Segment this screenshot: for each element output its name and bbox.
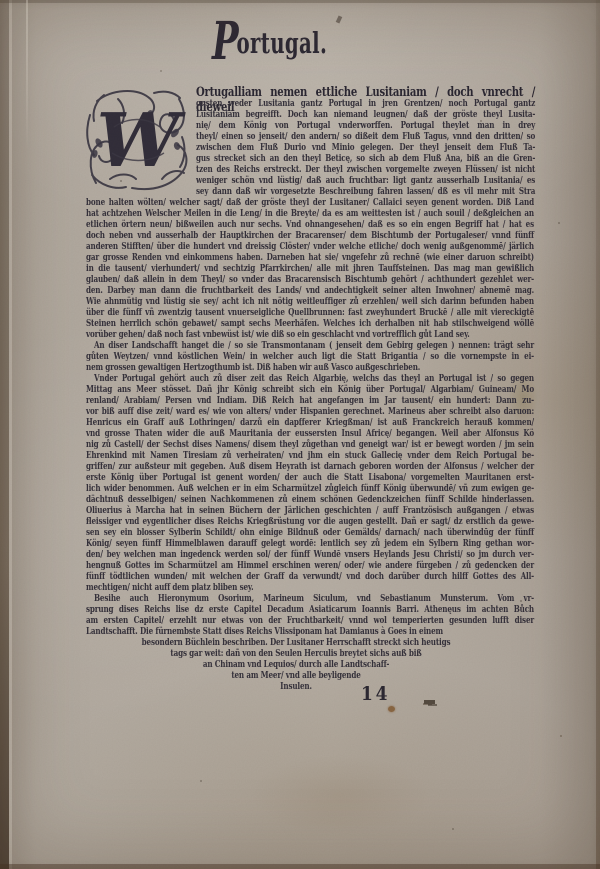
text-line: den/ bey welchen man ingedenck werden so… <box>86 550 534 561</box>
text-line: König/ seyen fünff Himmelblawen darauff … <box>86 539 534 550</box>
text-line: erste König über Portugal ist genent wor… <box>86 473 534 484</box>
text-line: vorüber gehen/ daß noch fast vnbewüst is… <box>86 330 534 341</box>
text-line: an Chinam vnd Lequios/ durch alle Landts… <box>72 660 520 671</box>
text-line: zwischen dem Fluß Durio vnd Minio gelege… <box>196 143 535 154</box>
paper-stain <box>388 706 395 712</box>
text-line: Besihe auch Hieronymum Osorium, Marineum… <box>86 594 534 605</box>
dropcap-letter: W <box>96 98 186 184</box>
text-line: glauben/ daß allein in dem Theyl/ so vnd… <box>86 275 534 286</box>
text-line: anderen Stifften/ über die hundert vnd d… <box>86 242 534 253</box>
text-line: Oliuerius à Marcha hat in seinen Büchern… <box>86 506 534 517</box>
text-line: dächtnuß desselbigen/ seinen Nachkommene… <box>86 495 534 506</box>
text-line: Vnder Portugal gehört auch zů diser zeit… <box>86 374 534 385</box>
text-line: am ersten Capitel/ erzehlt nur etwas von… <box>86 616 534 627</box>
text-line: über die fünff vñ zwentzig tausent vnuer… <box>86 308 534 319</box>
text-line: vor biß auff dise zeit/ ward es/ wie von… <box>86 407 534 418</box>
page-edge-highlight <box>9 0 12 869</box>
text-line: Ehrenkind mit Namen Tiresiam zů verheira… <box>86 451 534 462</box>
text-line: An diser Landschafft hanget die / so sie… <box>86 341 534 352</box>
dropcap-woodcut-icon: W <box>84 87 191 191</box>
text-line: Landtschafft. Die fürnembste Statt dises… <box>86 627 534 638</box>
text-line: Henricus ein Graff auß Lothringen/ darzů… <box>86 418 534 429</box>
paper-crease <box>26 0 28 150</box>
text-line: weniger schön vnd lüstig/ daß auch fruch… <box>196 176 535 187</box>
text-line: mechtigen/ nicht auff dem platz bliben s… <box>86 583 534 594</box>
text-line: Ortugalliam nemen ettliche Lusitaniam / … <box>196 84 535 99</box>
text-line: lich wider benommen. Auß welchen er in e… <box>86 484 534 495</box>
text-line: ten am Meer/ vnd alle beyligende <box>72 671 520 682</box>
text-line: hat achtzehen Welscher Meilen in die Len… <box>86 209 534 220</box>
text-line: Lusitaniam begreifft. Doch kan niemand l… <box>196 110 535 121</box>
page-edge-right <box>596 0 600 869</box>
text-line: Mittag ans Meer stösset. Dañ jhr König s… <box>86 385 534 396</box>
text-line: in die tausent/ vierhundert/ vnd sechtzi… <box>86 264 534 275</box>
page-edge-top <box>0 0 600 3</box>
book-page: Portugal. <box>0 0 600 869</box>
paper-stain <box>424 700 435 704</box>
paper-stain <box>336 15 343 23</box>
text-line: renland/ Arabiam/ Persen vnd Indiam. Diß… <box>86 396 534 407</box>
text-block: W Ortugalliam nemen ettliche Lusitaniam … <box>86 84 534 693</box>
text-line: den. Darbey man dann die fruchtbarkeit d… <box>86 286 534 297</box>
text-line: doch neben vnd ausserhalb der Hauptkirch… <box>86 231 534 242</box>
text-line: etlichen örtern neun/ bißweilen auch nur… <box>86 220 534 231</box>
text-line: nem grossen gewaltigen Hertzogthumb ist.… <box>86 363 534 374</box>
text-line: Wie ahnmütig vnd lüstig sie sey/ acht ic… <box>86 297 534 308</box>
text-line: theyl/ einen so jenseit/ den andern/ so … <box>196 132 535 143</box>
text-line: fünff tödtlichen wunden/ mit welchen der… <box>86 572 534 583</box>
text-line: Steinen herrlich schön gebawet/ sampt se… <box>86 319 534 330</box>
page-edge-left <box>0 0 9 869</box>
text-line: tzen des Reichs erstreckt. Der theyl zwi… <box>196 165 535 176</box>
text-line: griffen/ zur außsteur mit gegeben. Auß d… <box>86 462 534 473</box>
title-initial: P <box>212 11 237 72</box>
text-line: Insulen. <box>72 682 520 693</box>
text-line: vnd grosse Thaten wider die auß Mauritan… <box>86 429 534 440</box>
text-line: tags gar weit: dañ von den Seulen Hercul… <box>72 649 520 660</box>
text-line: sey dann daß wir vorgesetzte Beschreibun… <box>196 187 535 198</box>
text-line: bone halten wölten/ welcher sagt/ daß de… <box>86 198 534 209</box>
text-line: sen sey ein blosser Sylberin Schildt/ oh… <box>86 528 534 539</box>
text-line: onsten weder Lusitania gantz Portugal in… <box>196 99 535 110</box>
text-line: gůten Weytzen/ vnnd köstlichen Wein/ in … <box>86 352 534 363</box>
text-line: nig zů Castell/ der Sechst dises Namens/… <box>86 440 534 451</box>
title-text: ortugal. <box>237 26 328 60</box>
text-line: besondern Büchlein beschriben. Der Lusit… <box>72 638 520 649</box>
dropcap-initial: W <box>84 87 191 191</box>
text-line: sprung dises Reichs lise dz erste Capite… <box>86 605 534 616</box>
text-line: gus strecket sich an den theyl Beticę, s… <box>196 154 535 165</box>
page-title: Portugal. <box>212 16 327 68</box>
text-line: nię/ dem König von Portugal vnderworffen… <box>196 121 535 132</box>
paper-stain <box>250 755 430 835</box>
page-edge-bottom <box>0 864 600 869</box>
text-line: hengnuß Gottes im Scharmützel am Himmel … <box>86 561 534 572</box>
text-line: fleissiger vnd eygentlicher dises Reichs… <box>86 517 534 528</box>
page-number: 14 <box>361 683 390 705</box>
text-line: gar grosse Renden vnd einkommens haben. … <box>86 253 534 264</box>
